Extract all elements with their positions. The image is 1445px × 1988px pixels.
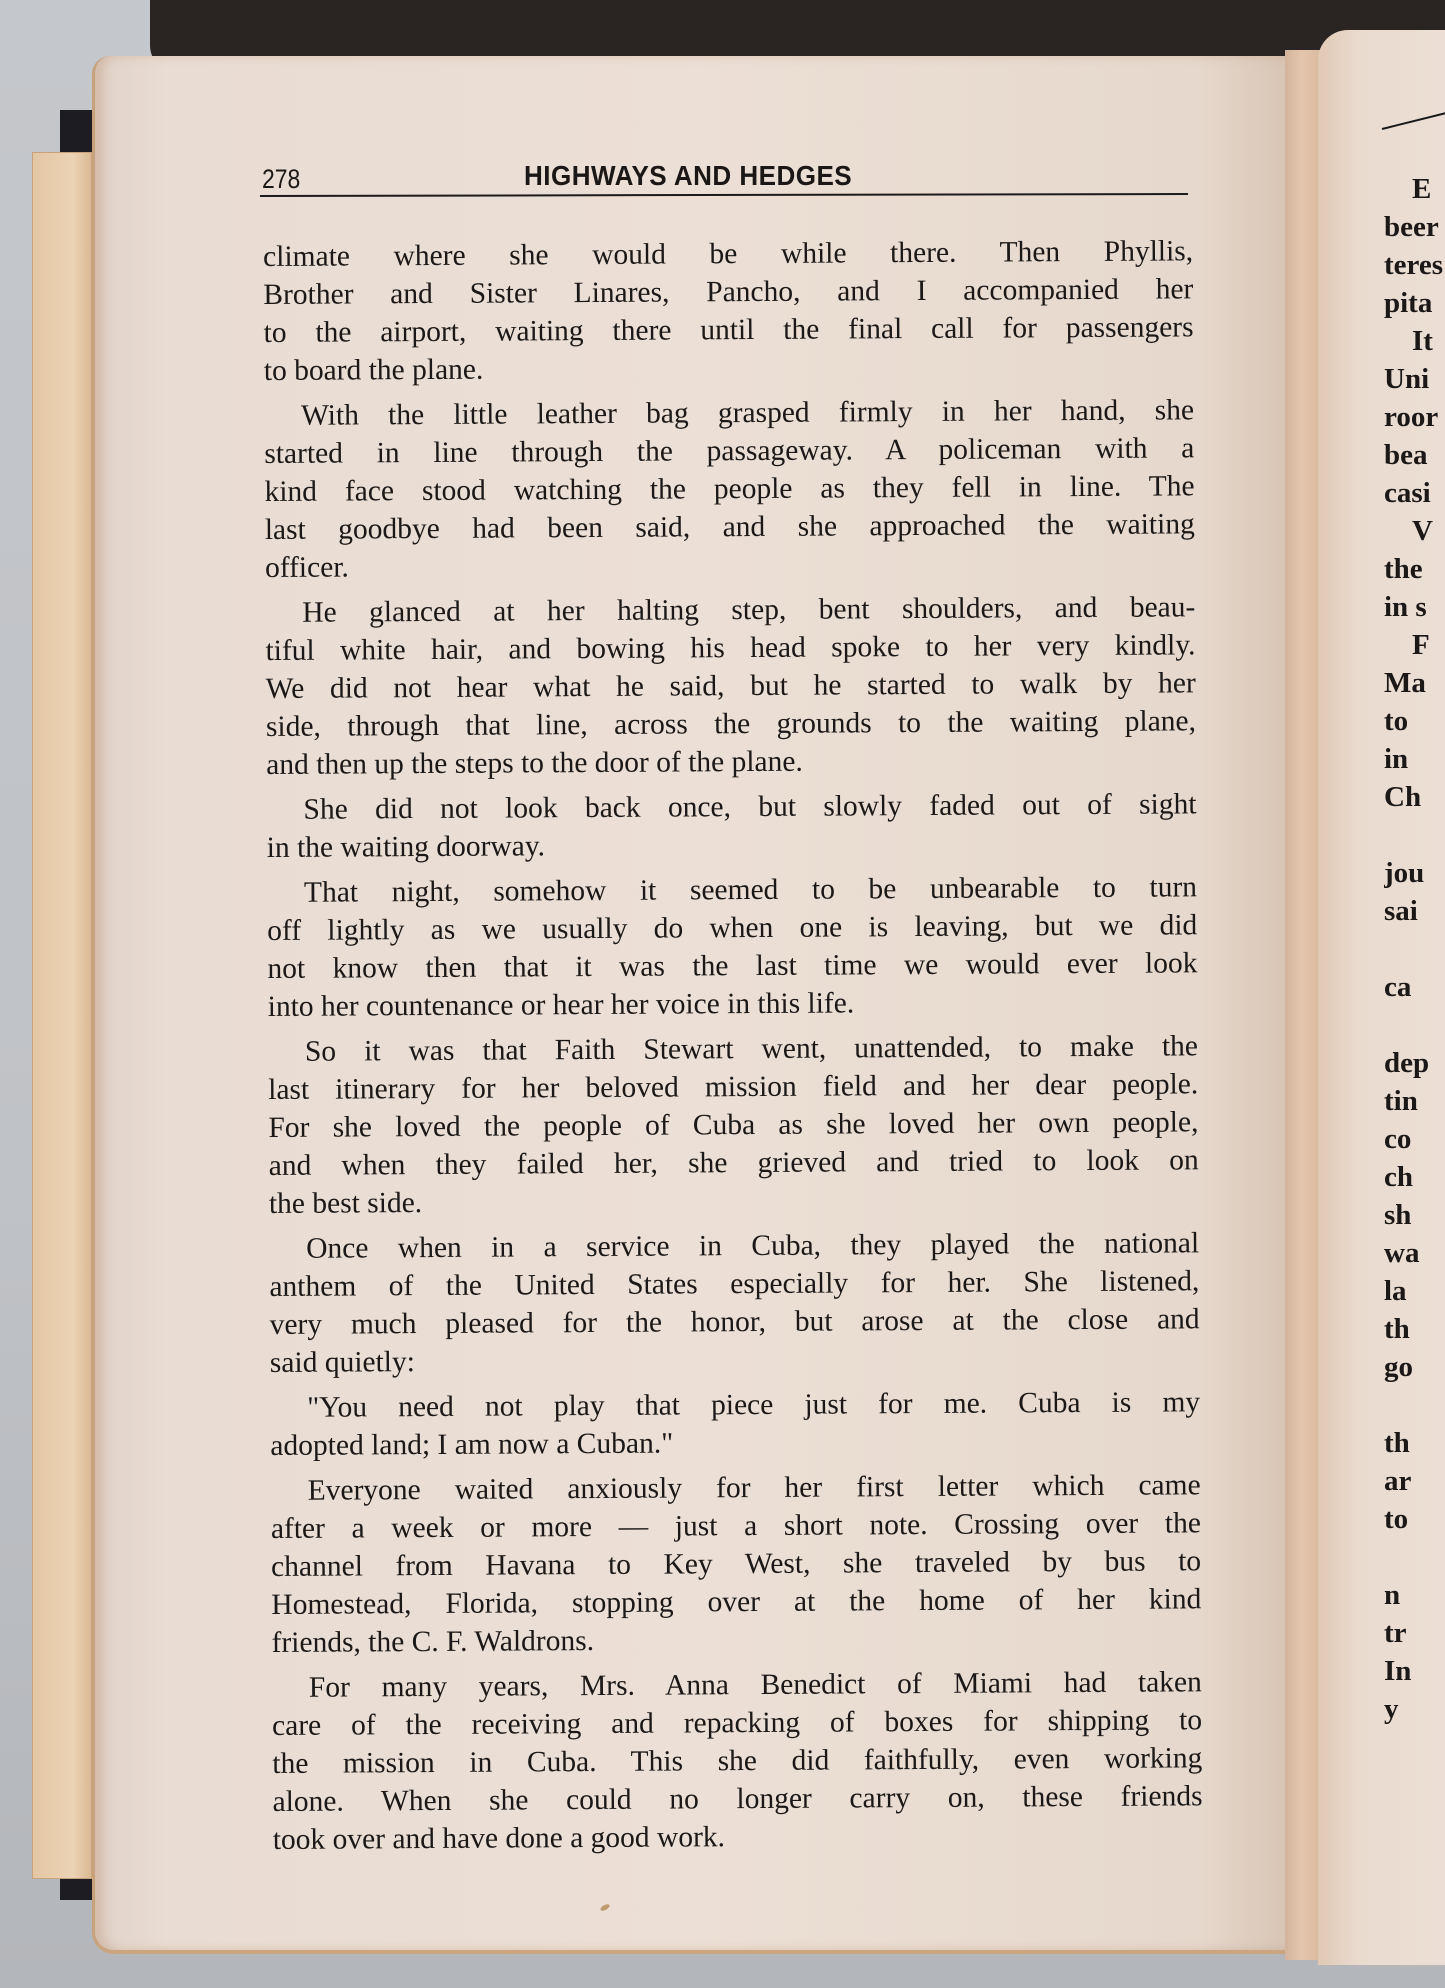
page-number: 278 <box>262 164 300 195</box>
right-page-line: E <box>1384 170 1445 208</box>
right-page-line: pita <box>1384 284 1445 322</box>
right-page-line: bea <box>1384 436 1445 474</box>
right-page-line: n <box>1384 1576 1445 1614</box>
text-line: channel from Havana to Key West, she tra… <box>271 1542 1201 1586</box>
book-jacket-flap <box>32 152 92 1879</box>
right-page-line: Uni <box>1384 360 1445 398</box>
right-page-text-fragment: EbeerterespitaItUniroorbeacasiVthein sFM… <box>1384 170 1445 1728</box>
text-line: said quietly: <box>270 1338 1200 1382</box>
text-line: into her countenance or hear her voice i… <box>268 982 1198 1026</box>
text-line: after a week or more — just a short note… <box>271 1504 1201 1548</box>
right-page-line: th <box>1384 1310 1445 1348</box>
right-page-line: dep <box>1384 1044 1445 1082</box>
paragraph: She did not look back once, but slowly f… <box>266 785 1196 867</box>
text-line: friends, the C. F. Waldrons. <box>271 1618 1201 1662</box>
text-line: climate where she would be while there. … <box>263 232 1193 276</box>
text-line: With the little leather bag grasped firm… <box>264 391 1194 435</box>
text-line: side, through that line, across the grou… <box>266 702 1196 746</box>
text-line: not know then that it was the last time … <box>267 944 1197 988</box>
right-page-line: sh <box>1384 1196 1445 1234</box>
paragraph: Everyone waited anxiously for her first … <box>271 1466 1202 1662</box>
text-line: to the airport, waiting there until the … <box>263 308 1193 352</box>
text-line: For she loved the people of Cuba as she … <box>268 1103 1198 1147</box>
text-line: Once when in a service in Cuba, they pla… <box>269 1224 1199 1268</box>
right-page-line: th <box>1384 1424 1445 1462</box>
right-page-line: to <box>1384 702 1445 740</box>
text-line: We did not hear what he said, but he sta… <box>266 664 1196 708</box>
right-page-line: casi <box>1384 474 1445 512</box>
text-line: took over and have done a good work. <box>273 1815 1203 1859</box>
text-line: alone. When she could no longer carry on… <box>272 1777 1202 1821</box>
right-page-line: It <box>1384 322 1445 360</box>
text-line: the mission in Cuba. This she did faithf… <box>272 1739 1202 1783</box>
paragraph: He glanced at her halting step, bent sho… <box>265 588 1196 784</box>
right-page-line: co <box>1384 1120 1445 1158</box>
text-line: kind face stood watching the people as t… <box>264 467 1194 511</box>
text-line: So it was that Faith Stewart went, unatt… <box>268 1027 1198 1071</box>
paragraph: Once when in a service in Cuba, they pla… <box>269 1224 1200 1382</box>
right-page-line: V <box>1384 512 1445 550</box>
right-page-line: ca <box>1384 968 1445 1006</box>
right-page-line: In <box>1384 1652 1445 1690</box>
right-page-line: in s <box>1384 588 1445 626</box>
text-line: anthem of the United States especially f… <box>269 1262 1199 1306</box>
right-page-line: tin <box>1384 1082 1445 1120</box>
text-line: and then up the steps to the door of the… <box>266 740 1196 784</box>
text-line: very much pleased for the honor, but aro… <box>270 1300 1200 1344</box>
right-page-line <box>1384 1386 1445 1424</box>
text-line: "You need not play that piece just for m… <box>270 1383 1200 1427</box>
text-line: and when they failed her, she grieved an… <box>269 1141 1199 1185</box>
body-text: climate where she would be while there. … <box>263 232 1203 1866</box>
right-page-line: F <box>1384 626 1445 664</box>
right-page-line: go <box>1384 1348 1445 1386</box>
right-page-line: ch <box>1384 1158 1445 1196</box>
text-line: last itinerary for her beloved mission f… <box>268 1065 1198 1109</box>
paragraph: For many years, Mrs. Anna Benedict of Mi… <box>272 1663 1203 1859</box>
right-page-line: roor <box>1384 398 1445 436</box>
text-line: tiful white hair, and bowing his head sp… <box>265 626 1195 670</box>
right-page-line <box>1384 930 1445 968</box>
text-line: adopted land; I am now a Cuban." <box>270 1421 1200 1465</box>
text-line: last goodbye had been said, and she appr… <box>265 505 1195 549</box>
right-page-line: tr <box>1384 1614 1445 1652</box>
text-line: to board the plane. <box>264 346 1194 390</box>
running-head-title: HIGHWAYS AND HEDGES <box>524 160 852 192</box>
right-page-line: Ma <box>1384 664 1445 702</box>
text-line: officer. <box>265 543 1195 587</box>
paragraph: "You need not play that piece just for m… <box>270 1383 1200 1465</box>
right-page-line: teres <box>1384 246 1445 284</box>
text-line: For many years, Mrs. Anna Benedict of Mi… <box>272 1663 1202 1707</box>
text-line: Everyone waited anxiously for her first … <box>271 1466 1201 1510</box>
paragraph: So it was that Faith Stewart went, unatt… <box>268 1027 1199 1223</box>
right-page-line <box>1384 1538 1445 1576</box>
text-line: started in line through the passageway. … <box>264 429 1194 473</box>
text-line: That night, somehow it seemed to be unbe… <box>267 868 1197 912</box>
right-page-line <box>1384 816 1445 854</box>
text-line: in the waiting doorway. <box>267 823 1197 867</box>
paragraph: With the little leather bag grasped firm… <box>264 391 1195 587</box>
text-line: He glanced at her halting step, bent sho… <box>265 588 1195 632</box>
text-line: Brother and Sister Linares, Pancho, and … <box>263 270 1193 314</box>
text-line: the best side. <box>269 1179 1199 1223</box>
right-page-line: ar <box>1384 1462 1445 1500</box>
right-page-line: wa <box>1384 1234 1445 1272</box>
right-page-line: la <box>1384 1272 1445 1310</box>
right-page-line: sai <box>1384 892 1445 930</box>
right-page-line: the <box>1384 550 1445 588</box>
right-page-line: in <box>1384 740 1445 778</box>
right-page-line: Ch <box>1384 778 1445 816</box>
right-page-line: to <box>1384 1500 1445 1538</box>
right-page-line <box>1384 1006 1445 1044</box>
right-page-line: jou <box>1384 854 1445 892</box>
paragraph: climate where she would be while there. … <box>263 232 1194 390</box>
text-line: off lightly as we usually do when one is… <box>267 906 1197 950</box>
right-page-line: beer <box>1384 208 1445 246</box>
paragraph: That night, somehow it seemed to be unbe… <box>267 868 1198 1026</box>
text-line: Homestead, Florida, stopping over at the… <box>271 1580 1201 1624</box>
right-page-line: y <box>1384 1690 1445 1728</box>
text-line: She did not look back once, but slowly f… <box>266 785 1196 829</box>
text-line: care of the receiving and repacking of b… <box>272 1701 1202 1745</box>
